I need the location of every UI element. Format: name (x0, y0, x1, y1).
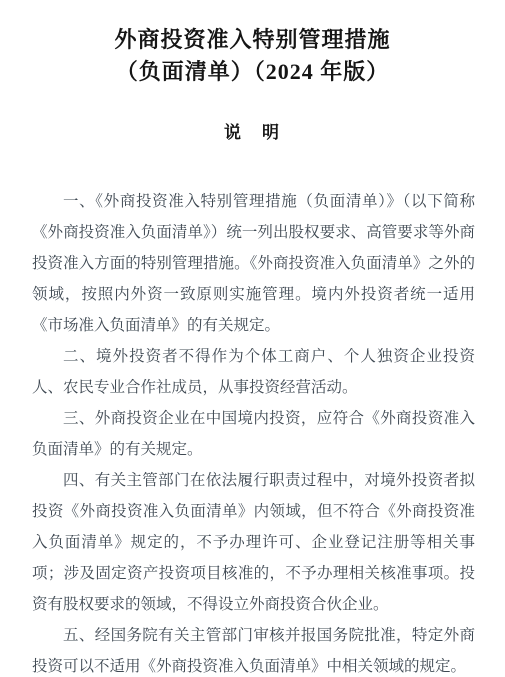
paragraph: 一、《外商投资准入特别管理措施（负面清单）》（以下简称《外商投资准入负面清单》）… (32, 186, 475, 341)
document-title-line-2: （负面清单）（2024 年版） (0, 56, 505, 88)
section-heading: 说 明 (0, 118, 505, 143)
document-title-line-1: 外商投资准入特别管理措施 (0, 24, 505, 56)
paragraph: 五、经国务院有关主管部门审核并报国务院批准，特定外商投资可以不适用《外商投资准入… (32, 620, 475, 677)
paragraph: 四、有关主管部门在依法履行职责过程中，对境外投资者拟投资《外商投资准入负面清单》… (32, 465, 475, 620)
document-body: 一、《外商投资准入特别管理措施（负面清单）》（以下简称《外商投资准入负面清单》）… (32, 186, 475, 677)
paragraph: 二、境外投资者不得作为个体工商户、个人独资企业投资人、农民专业合作社成员，从事投… (32, 341, 475, 403)
paragraph: 三、外商投资企业在中国境内投资，应符合《外商投资准入负面清单》的有关规定。 (32, 403, 475, 465)
document-page: 外商投资准入特别管理措施 （负面清单）（2024 年版） 说 明 一、《外商投资… (0, 0, 505, 677)
document-title: 外商投资准入特别管理措施 （负面清单）（2024 年版） (0, 0, 505, 88)
